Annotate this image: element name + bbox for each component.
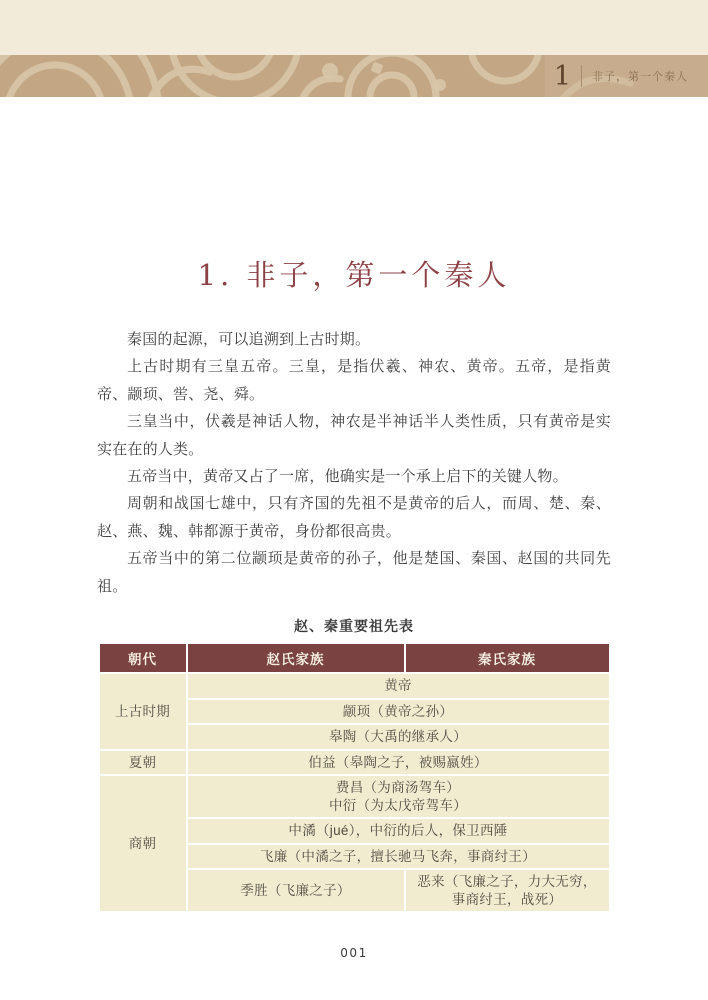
body-paragraph: 三皇当中，伏羲是神话人物，神农是半神话半人类性质，只有黄帝是实实在在的人类。 (97, 408, 611, 463)
table-row: 上古时期 黄帝 (100, 674, 609, 698)
table-caption: 赵、秦重要祖先表 (0, 616, 708, 636)
period-cell-xia: 夏朝 (100, 751, 186, 775)
table-cell: 皋陶（大禹的继承人） (188, 725, 609, 749)
body-paragraph: 秦国的起源，可以追溯到上古时期。 (97, 326, 611, 353)
body-paragraph: 上古时期有三皇五帝。三皇，是指伏羲、神农、黄帝。五帝，是指黄帝、颛顼、喾、尧、舜… (97, 353, 611, 408)
column-header-zhao-family: 赵氏家族 (188, 644, 404, 672)
running-header-band: 1 非子，第一个秦人 (0, 55, 708, 97)
running-header-chapter-number: 1 (554, 63, 571, 90)
running-header-chapter-title: 非子，第一个秦人 (592, 68, 688, 84)
body-paragraph: 周朝和战国七雄中，只有齐国的先祖不是黄帝的后人，而周、楚、秦、赵、燕、魏、韩都源… (97, 490, 611, 545)
table-cell-line: 费昌（为商汤驾车） (196, 779, 601, 797)
period-cell-shang: 商朝 (100, 776, 186, 911)
body-text-block: 秦国的起源，可以追溯到上古时期。 上古时期有三皇五帝。三皇，是指伏羲、神农、黄帝… (97, 326, 611, 600)
table-header-row: 朝代 赵氏家族 秦氏家族 (100, 644, 609, 672)
table-cell: 费昌（为商汤驾车） 中衍（为太戊帝驾车） (188, 776, 609, 817)
table-cell-line: 中衍（为太戊帝驾车） (196, 797, 601, 815)
book-page: 1 非子，第一个秦人 1. 非子，第一个秦人 秦国的起源，可以追溯到上古时期。 … (0, 0, 708, 1000)
chapter-heading: 1. 非子，第一个秦人 (0, 253, 708, 294)
table-cell: 伯益（皋陶之子，被赐嬴姓） (188, 751, 609, 775)
column-header-dynasty: 朝代 (100, 644, 186, 672)
column-header-qin-family: 秦氏家族 (406, 644, 609, 672)
table-cell: 黄帝 (188, 674, 609, 698)
table-cell-qin: 恶来（飞廉之子，力大无穷，事商纣王，战死） (406, 870, 609, 911)
table-row: 商朝 费昌（为商汤驾车） 中衍（为太戊帝驾车） (100, 776, 609, 817)
table-row: 夏朝 伯益（皋陶之子，被赐嬴姓） (100, 751, 609, 775)
table-cell-zhao: 季胜（飞廉之子） (188, 870, 404, 911)
page-number: 001 (0, 946, 708, 960)
running-header: 1 非子，第一个秦人 (554, 55, 688, 97)
period-cell-antiquity: 上古时期 (100, 674, 186, 749)
running-header-divider (581, 65, 582, 87)
table-cell: 颛顼（黄帝之孙） (188, 700, 609, 724)
body-paragraph: 五帝当中的第二位颛顼是黄帝的孙子，他是楚国、秦国、赵国的共同先祖。 (97, 545, 611, 600)
table-cell: 中潏（jué），中衍的后人，保卫西陲 (188, 819, 609, 843)
body-paragraph: 五帝当中，黄帝又占了一席，他确实是一个承上启下的关键人物。 (97, 463, 611, 490)
top-margin-strip (0, 0, 708, 55)
table-cell: 飞廉（中潏之子，擅长驰马飞奔，事商纣王） (188, 845, 609, 869)
ancestors-table: 朝代 赵氏家族 秦氏家族 上古时期 黄帝 颛顼（黄帝之孙） 皋陶（大禹的继承人）… (98, 642, 611, 913)
